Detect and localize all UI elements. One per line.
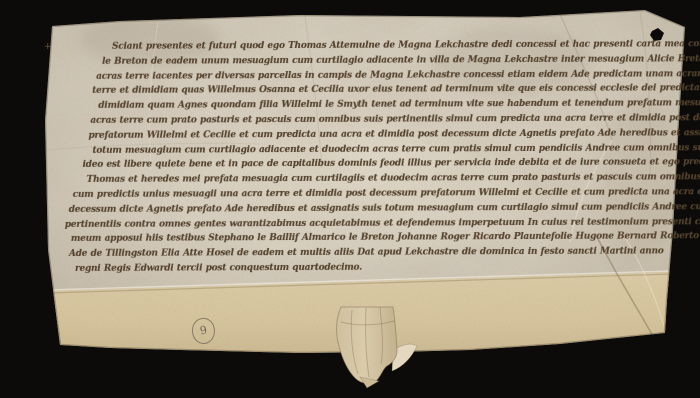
manuscript-line: regni Regis Edwardi tercii post conquest… xyxy=(63,259,649,276)
notarial-cross-icon: + xyxy=(44,42,52,52)
manuscript-text-block: Sciant presentes et futuri quod ego Thom… xyxy=(62,37,649,276)
photo-stage: + Sciant presentes et futuri quod ego Th… xyxy=(0,0,700,398)
